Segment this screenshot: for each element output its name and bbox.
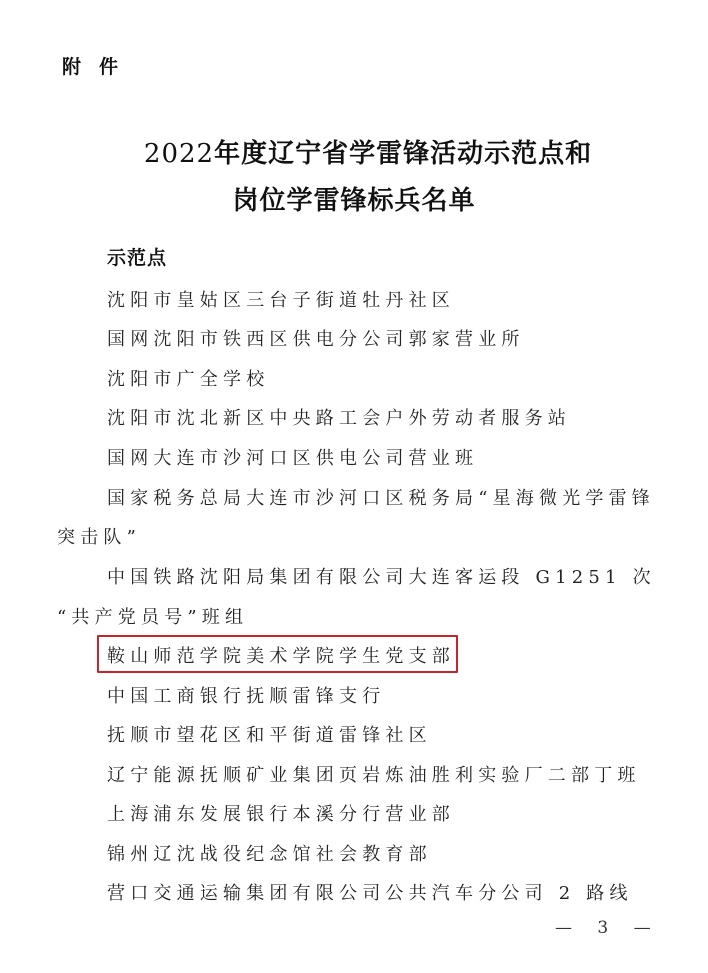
list-item: 营口交通运输集团有限公司公共汽车分公司 2 路线 bbox=[107, 879, 633, 905]
title-line-1-text: 年度辽宁省学雷锋活动示范点和 bbox=[214, 139, 592, 169]
list-item: 沈阳市皇姑区三台子街道牡丹社区 bbox=[107, 286, 455, 312]
list-item: 国网沈阳市铁西区供电分公司郭家营业所 bbox=[107, 325, 525, 351]
list-item: 中国工商银行抚顺雷锋支行 bbox=[107, 682, 385, 708]
title-year: 2022 bbox=[144, 139, 214, 169]
page-number: — 3 — bbox=[555, 918, 661, 938]
list-item: 沈阳市广全学校 bbox=[107, 365, 269, 391]
list-item: 锦州辽沈战役纪念馆社会教育部 bbox=[107, 840, 432, 866]
list-item: 国网大连市沙河口区供电公司营业班 bbox=[107, 444, 478, 470]
list-item: 国家税务总局大连市沙河口区税务局“星海微光学雷锋 bbox=[107, 484, 655, 510]
list-item-continuation: 突击队” bbox=[57, 523, 141, 549]
list-item: 沈阳市沈北新区中央路工会户外劳动者服务站 bbox=[107, 404, 571, 430]
list-item: 中国铁路沈阳局集团有限公司大连客运段 G1251 次 bbox=[107, 563, 656, 589]
list-item: 辽宁能源抚顺矿业集团页岩炼油胜利实验厂二部丁班 bbox=[107, 761, 641, 787]
document-title-line-2: 岗位学雷锋标兵名单 bbox=[0, 180, 708, 217]
list-item: 上海浦东发展银行本溪分行营业部 bbox=[107, 800, 455, 826]
list-item-continuation: “共产党员号”班组 bbox=[57, 603, 248, 629]
attachment-label: 附件 bbox=[62, 52, 136, 79]
document-title-line-1: 2022年度辽宁省学雷锋活动示范点和 bbox=[14, 133, 708, 170]
list-item-highlighted: 鞍山师范学院美术学院学生党支部 bbox=[107, 642, 455, 668]
list-item: 抚顺市望花区和平街道雷锋社区 bbox=[107, 721, 432, 747]
section-heading: 示范点 bbox=[107, 243, 167, 270]
